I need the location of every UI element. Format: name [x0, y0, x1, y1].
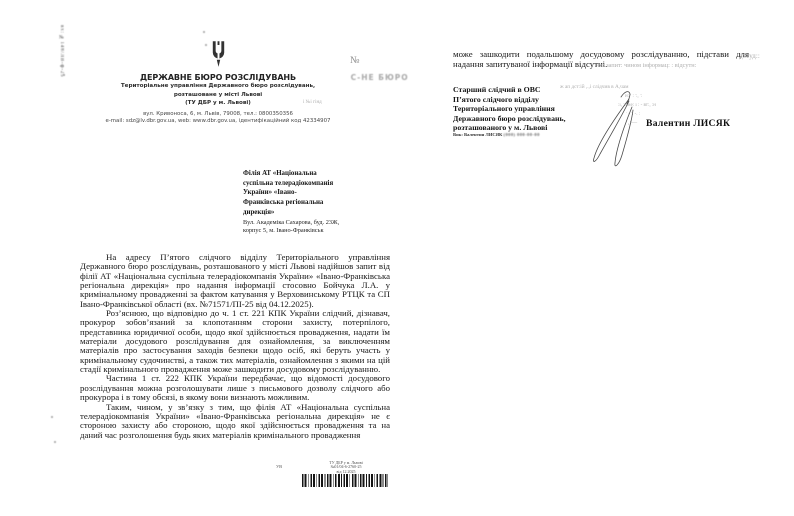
scan-speck	[54, 441, 56, 443]
recipient-name-line: Філія АТ «Національна	[243, 169, 339, 179]
dept-line-2: розташоване у місті Львові	[88, 91, 348, 100]
barcode	[302, 474, 388, 487]
ghost-text-artifact: нн: запит: чином інформац: : відсутн:	[596, 62, 696, 69]
org-name: ДЕРЖАВНЕ БЮРО РОЗСЛІДУВАНЬ С-НЕ БЮРО	[88, 73, 348, 82]
signer-name: Валентин ЛИСЯК	[646, 118, 730, 129]
scan-speck	[63, 74, 65, 76]
ghost-text-artifact: досуд::	[739, 52, 760, 60]
recipient-block: Філія АТ «Національна суспільна телераді…	[243, 169, 339, 236]
signature-stroke	[615, 107, 633, 166]
executor-label: Вик: Валентин ЛИСЯК	[453, 132, 502, 137]
handwritten-signature	[583, 86, 641, 174]
signoff-line: П’ятого слідчого відділу	[453, 95, 566, 105]
signoff-block: Старший слідчий в ОВС П’ятого слідчого в…	[453, 85, 566, 133]
corner-mark-artifact: №	[350, 55, 360, 66]
recipient-name-line: суспільна телерадіокомпанія	[243, 179, 339, 189]
dept-line-1: Територіальне управління Державного бюро…	[88, 82, 348, 91]
letterhead: ДЕРЖАВНЕ БЮРО РОЗСЛІДУВАНЬ С-НЕ БЮРО Тер…	[88, 40, 348, 126]
org-name-text: ДЕРЖАВНЕ БЮРО РОЗСЛІДУВАНЬ	[140, 73, 296, 82]
tryzub-path	[212, 41, 223, 67]
recipient-name-line: України» «Івано-	[243, 188, 339, 198]
title-ghost-artifact: С-НЕ БЮРО	[351, 73, 409, 82]
scan-speck	[203, 31, 205, 33]
scanned-letter-document: вх: №148/ЛВ-ф-25 № ДЕРЖАВНЕ БЮРО РОЗСЛІД…	[0, 0, 794, 516]
stamp-label: УВ	[276, 464, 282, 469]
signoff-line: Старший слідчий в ОВС	[453, 85, 566, 95]
paragraph-2: Роз’яснюю, що відповідно до ч. 1 ст. 221…	[80, 309, 390, 374]
edge-stamp-artifact: вх: №148/ЛВ-ф-25	[59, 25, 64, 78]
signoff-line: Територіального управління	[453, 104, 566, 114]
stamp-microtext: ТУ ДБР у м. Львові №01/04-6-2760-25 від …	[302, 461, 390, 474]
paragraph-4: Таким, чином, у зв’язку з тим, що філія …	[80, 403, 390, 440]
recipient-name-line: дирекція»	[243, 208, 339, 218]
executor-phone-obscured: (000) 000-00-00	[504, 132, 540, 137]
paragraph-1: На адресу П’ятого слідчого відділу Терит…	[80, 253, 390, 309]
dept-ghost-artifact: і №і гінд	[303, 100, 322, 105]
signature-stroke	[593, 99, 629, 161]
letter-body: На адресу П’ятого слідчого відділу Терит…	[80, 253, 390, 440]
contact-line-2: e-mail: sdz@lv.dbr.gov.ua, web: www.dbr.…	[88, 118, 348, 126]
recipient-name-line: Франківська регіональна	[243, 198, 339, 208]
coat-of-arms-emblem	[209, 40, 228, 69]
recipient-address-line: Вул. Академіка Сахарова, буд. 23Ж,	[243, 219, 339, 228]
scan-speck	[51, 416, 53, 418]
paragraph-3: Частина 1 ст. 222 КПК України передбачає…	[80, 374, 390, 402]
executor-line: Вик: Валентин ЛИСЯК (000) 000-00-00	[453, 132, 540, 137]
signoff-line: Державного бюро розслідувань,	[453, 114, 566, 124]
recipient-address-line: корпус 5, м. Івано-Франківськ	[243, 227, 339, 236]
